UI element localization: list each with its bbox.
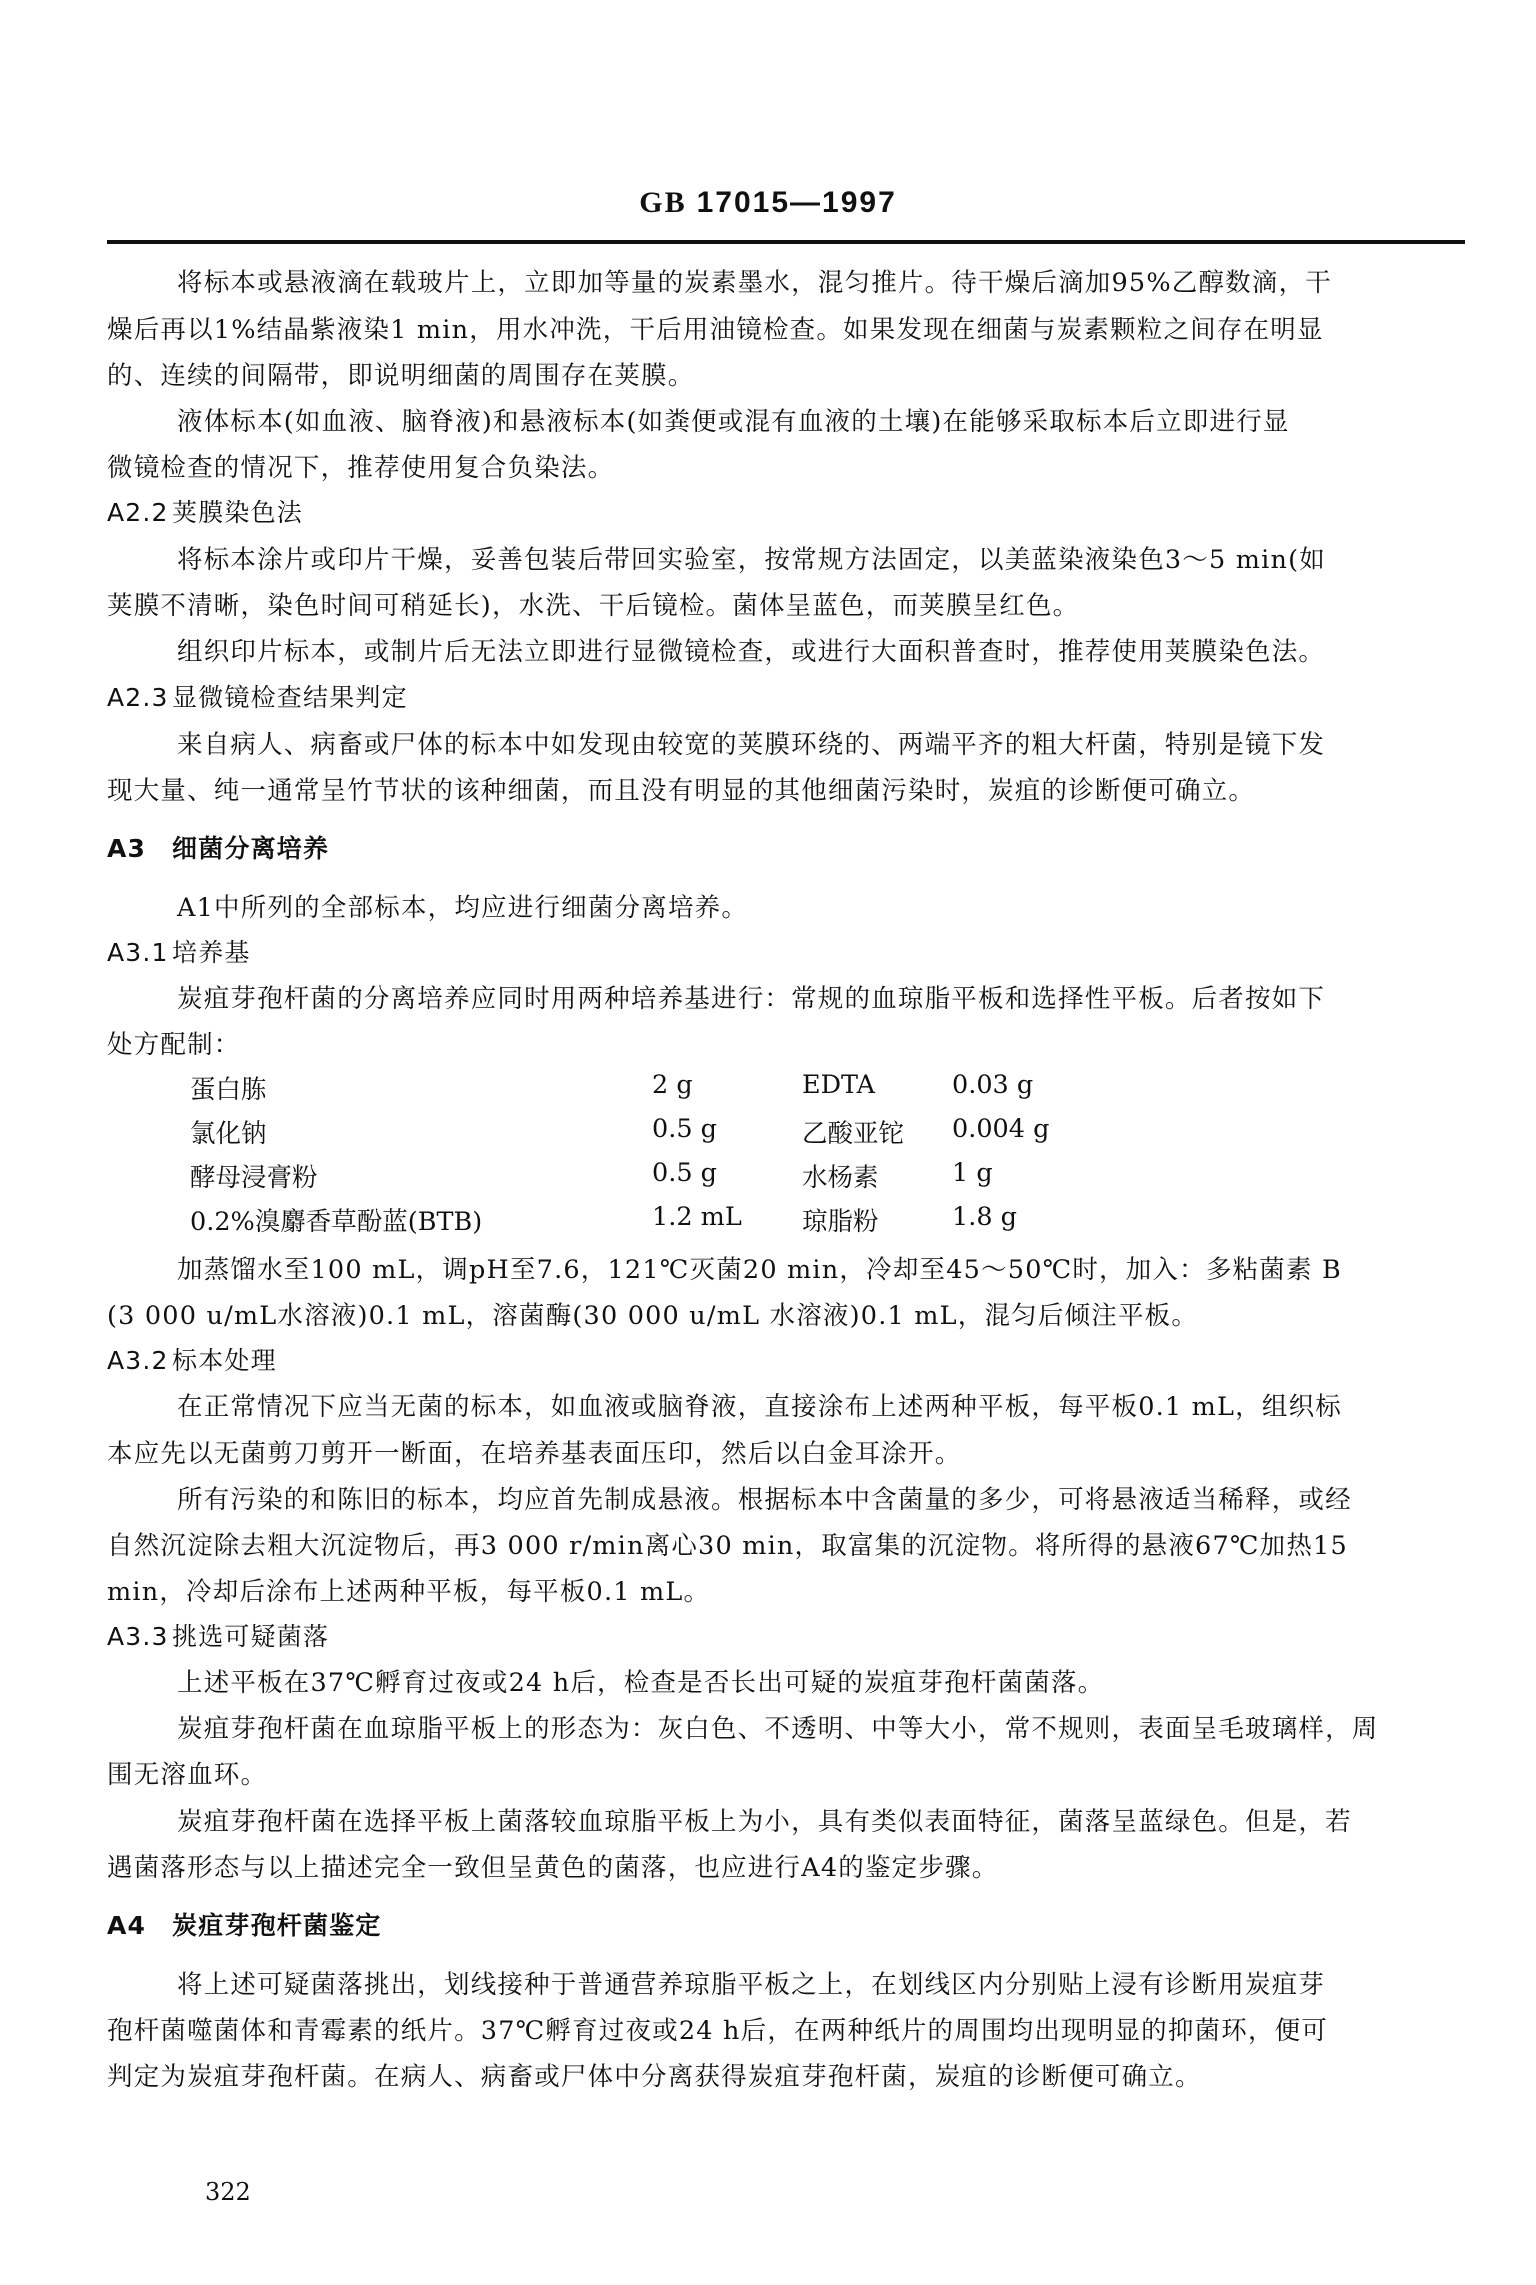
paragraph-line: 处方配制： (107, 1030, 241, 1060)
paragraph-line: 来自病人、病畜或尸体的标本中如发现由较宽的荚膜环绕的、两端平齐的粗大杆菌，特别是… (177, 730, 1325, 760)
paragraph-line: 将上述可疑菌落挑出，划线接种于普通营养琼脂平板之上，在划线区内分别贴上浸有诊断用… (177, 1970, 1325, 2000)
page-number: 322 (205, 2178, 251, 2206)
paragraph-line: 微镜检查的情况下，推荐使用复合负染法。 (107, 453, 614, 483)
section-heading-a2-2: A2.2荚膜染色法 (107, 498, 303, 528)
header-rule (107, 240, 1465, 244)
paragraph-line: min，冷却后涂布上述两种平板，每平板0.1 mL。 (107, 1577, 710, 1607)
section-heading-a3-2: A3.2标本处理 (107, 1346, 277, 1376)
paragraph-line: 所有污染的和陈旧的标本，均应首先制成悬液。根据标本中含菌量的多少，可将悬液适当稀… (177, 1485, 1352, 1515)
section-heading-a3-3: A3.3挑选可疑菌落 (107, 1622, 329, 1652)
paragraph-line: 本应先以无菌剪刀剪开一断面，在培养基表面压印，然后以白金耳涂开。 (107, 1439, 961, 1469)
table-row: 氯化钠 0.5 g 乙酸亚铊 0.004 g (190, 1114, 1290, 1158)
paragraph-line: 现大量、纯一通常呈竹节状的该种细菌，而且没有明显的其他细菌污染时，炭疽的诊断便可… (107, 776, 1255, 806)
paragraph-line: 加蒸馏水至100 mL，调pH至7.6，121℃灭菌20 min，冷却至45～5… (177, 1255, 1342, 1285)
paragraph-line: 组织印片标本，或制片后无法立即进行显微镜检查，或进行大面积普查时，推荐使用荚膜染… (177, 637, 1325, 667)
paragraph-line: 围无溶血环。 (107, 1760, 267, 1790)
paragraph-line: 判定为炭疽芽孢杆菌。在病人、病畜或尸体中分离获得炭疽芽孢杆菌，炭疽的诊断便可确立… (107, 2062, 1202, 2092)
paragraph-line: 在正常情况下应当无菌的标本，如血液或脑脊液，直接涂布上述两种平板，每平板0.1 … (177, 1392, 1342, 1422)
section-heading-a2-3: A2.3显微镜检查结果判定 (107, 683, 408, 713)
paragraph-line: 荚膜不清晰，染色时间可稍延长)，水洗、干后镜检。菌体呈蓝色，而荚膜呈红色。 (107, 591, 1079, 621)
section-heading-a3: A3细菌分离培养 (107, 834, 329, 864)
paragraph-line: 炭疽芽孢杆菌在血琼脂平板上的形态为：灰白色、不透明、中等大小，常不规则，表面呈毛… (177, 1714, 1379, 1744)
standard-number: 17015—1997 (697, 186, 897, 219)
paragraph-line: (3 000 u/mL水溶液)0.1 mL，溶菌酶(30 000 u/mL 水溶… (107, 1301, 1198, 1331)
paragraph-line: 燥后再以1%结晶紫液染1 min，用水冲洗，干后用油镜检查。如果发现在细菌与炭素… (107, 315, 1324, 345)
paragraph-line: 的、连续的间隔带，即说明细菌的周围存在荚膜。 (107, 361, 694, 391)
paragraph-line: 遇菌落形态与以上描述完全一致但呈黄色的菌落，也应进行A4的鉴定步骤。 (107, 1853, 998, 1883)
culture-medium-formula-table: 蛋白胨 2 g EDTA 0.03 g 氯化钠 0.5 g 乙酸亚铊 0.004… (190, 1070, 1290, 1246)
section-heading-a3-1: A3.1培养基 (107, 938, 251, 968)
paragraph-line: 自然沉淀除去粗大沉淀物后，再3 000 r/min离心30 min，取富集的沉淀… (107, 1531, 1348, 1561)
paragraph-line: 液体标本(如血液、脑脊液)和悬液标本(如粪便或混有血液的土壤)在能够采取标本后立… (177, 407, 1290, 437)
paragraph-line: 将标本涂片或印片干燥，妥善包装后带回实验室，按常规方法固定，以美蓝染液染色3～5… (177, 545, 1326, 575)
paragraph-line: 炭疽芽孢杆菌的分离培养应同时用两种培养基进行：常规的血琼脂平板和选择性平板。后者… (177, 984, 1325, 1014)
table-row: 酵母浸膏粉 0.5 g 水杨素 1 g (190, 1158, 1290, 1202)
standard-prefix: GB (639, 186, 686, 219)
running-header: GB17015—1997 (0, 186, 1536, 220)
document-page: GB17015—1997 将标本或悬液滴在载玻片上，立即加等量的炭素墨水，混匀推… (0, 0, 1536, 2285)
paragraph-line: 上述平板在37℃孵育过夜或24 h后，检查是否长出可疑的炭疽芽孢杆菌菌落。 (177, 1668, 1104, 1698)
paragraph-line: 炭疽芽孢杆菌在选择平板上菌落较血琼脂平板上为小，具有类似表面特征，菌落呈蓝绿色。… (177, 1807, 1352, 1837)
table-row: 0.2%溴麝香草酚蓝(BTB) 1.2 mL 琼脂粉 1.8 g (190, 1202, 1290, 1246)
section-heading-a4: A4炭疽芽孢杆菌鉴定 (107, 1911, 382, 1941)
table-row: 蛋白胨 2 g EDTA 0.03 g (190, 1070, 1290, 1114)
paragraph-line: 孢杆菌噬菌体和青霉素的纸片。37℃孵育过夜或24 h后，在两种纸片的周围均出现明… (107, 2016, 1328, 2046)
paragraph-line: A1中所列的全部标本，均应进行细菌分离培养。 (177, 893, 748, 923)
paragraph-line: 将标本或悬液滴在载玻片上，立即加等量的炭素墨水，混匀推片。待干燥后滴加95%乙醇… (177, 268, 1332, 298)
